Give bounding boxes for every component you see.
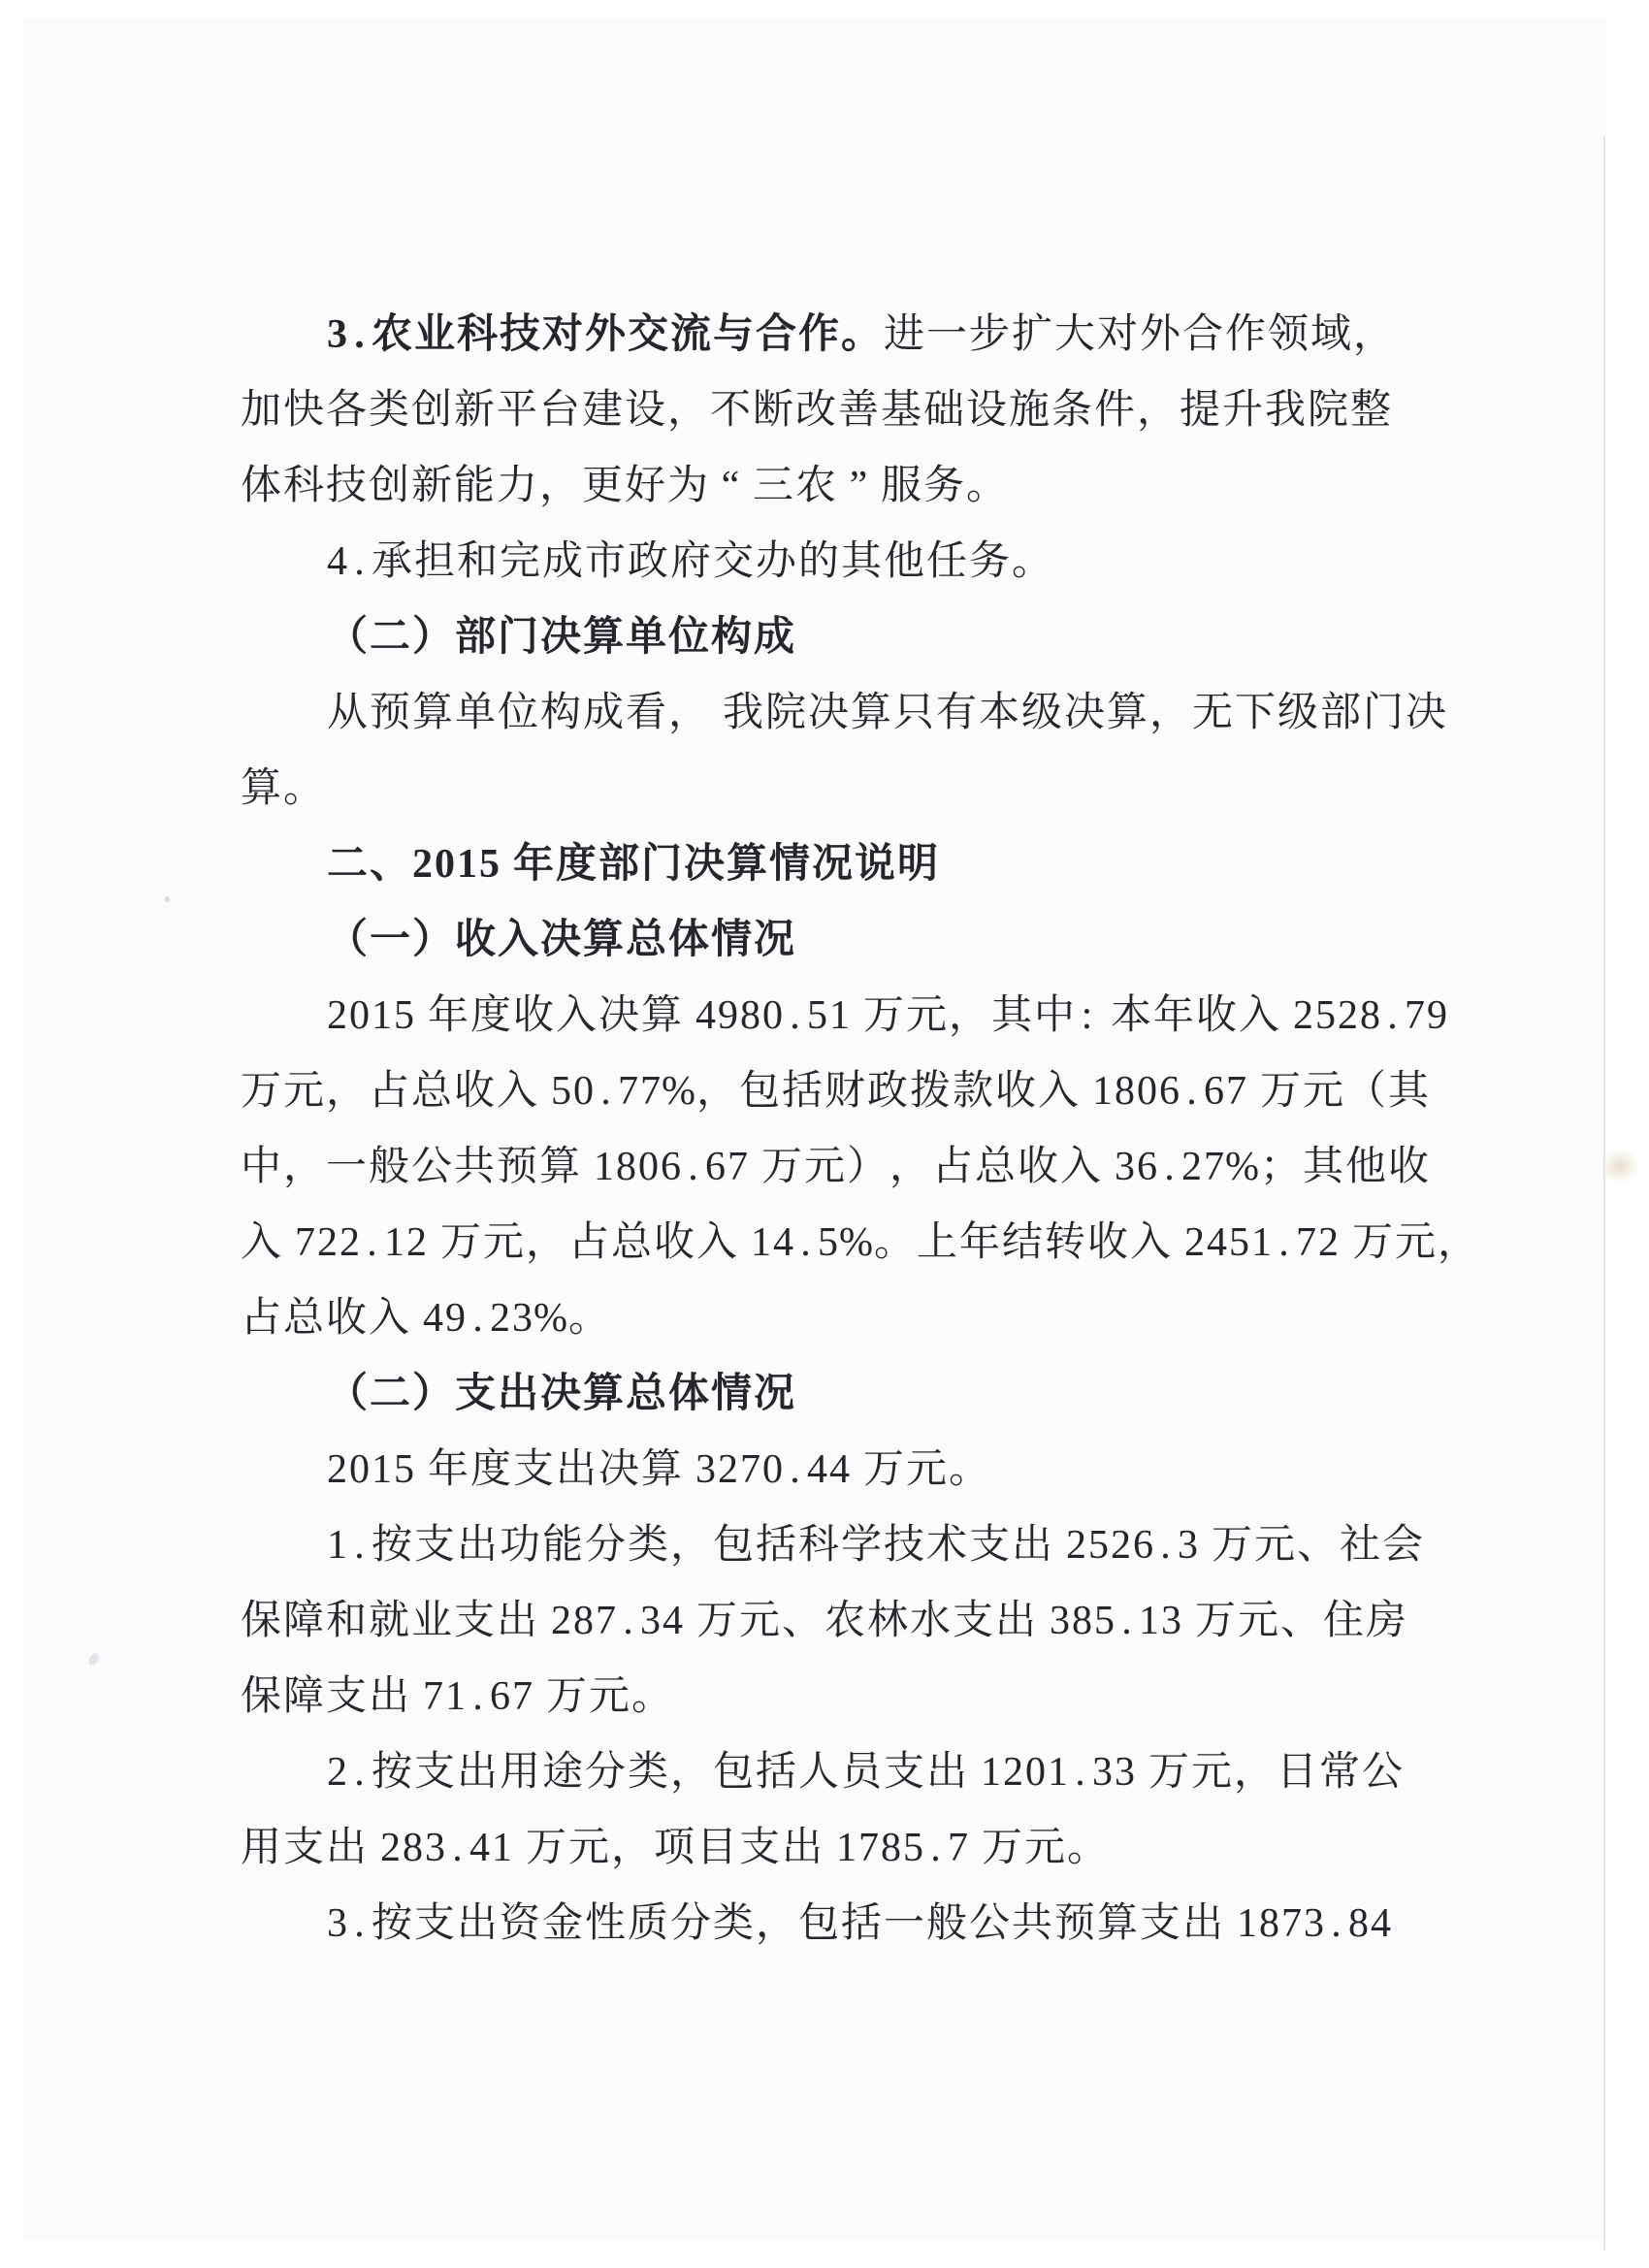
text-line: 算。 bbox=[240, 751, 1442, 826]
text-line: 3.农业科技对外交流与合作。进一步扩大对外合作领域， bbox=[240, 297, 1442, 373]
text-line: （二）支出决算总体情况 bbox=[240, 1356, 1442, 1432]
text-line: 2.按支出用途分类，包括人员支出1201.33万元，日常公 bbox=[240, 1734, 1442, 1810]
text-line: 加快各类创新平台建设，不断改善基础设施条件，提升我院整 bbox=[240, 373, 1442, 448]
text-line: 保障和就业支出287.34万元、农林水支出385.13万元、住房 bbox=[240, 1583, 1442, 1659]
text-line: 入722.12万元，占总收入14.5%。上年结转收入2451.72万元， bbox=[240, 1205, 1442, 1280]
text-line: 二、2015年度部门决算情况说明 bbox=[240, 826, 1442, 902]
text-line: 3.按支出资金性质分类，包括一般公共预算支出1873.84 bbox=[240, 1886, 1442, 1961]
text-line: 4.承担和完成市政府交办的其他任务。 bbox=[240, 524, 1442, 599]
text-line: 体科技创新能力，更好为“三农”服务。 bbox=[240, 448, 1442, 524]
text-line: （二）部门决算单位构成 bbox=[240, 599, 1442, 675]
document-text: 3.农业科技对外交流与合作。进一步扩大对外合作领域，加快各类创新平台建设，不断改… bbox=[240, 297, 1442, 1961]
scanned-document-page: { "page": { "type": "scanned-document", … bbox=[0, 0, 1649, 2268]
text-line: （一）收入决算总体情况 bbox=[240, 902, 1442, 978]
text-line: 万元，占总收入50.77%，包括财政拨款收入1806.67万元（其 bbox=[240, 1053, 1442, 1129]
text-line: 用支出283.41万元，项目支出1785.7万元。 bbox=[240, 1810, 1442, 1886]
text-line: 1.按支出功能分类，包括科学技术支出2526.3万元、社会 bbox=[240, 1507, 1442, 1583]
text-line: 保障支出71.67万元。 bbox=[240, 1659, 1442, 1734]
text-line: 2015年度收入决算4980.51万元，其中:本年收入2528.79 bbox=[240, 978, 1442, 1053]
text-line: 2015年度支出决算3270.44万元。 bbox=[240, 1432, 1442, 1507]
paper-edge-line bbox=[1603, 136, 1605, 2251]
scan-smudge bbox=[1600, 1149, 1639, 1183]
text-line: 从预算单位构成看，我院决算只有本级决算，无下级部门决 bbox=[240, 675, 1442, 751]
scan-speck bbox=[165, 896, 170, 902]
text-line: 中，一般公共预算1806.67万元），占总收入36.27%；其他收 bbox=[240, 1129, 1442, 1205]
text-line: 占总收入49.23%。 bbox=[240, 1280, 1442, 1356]
